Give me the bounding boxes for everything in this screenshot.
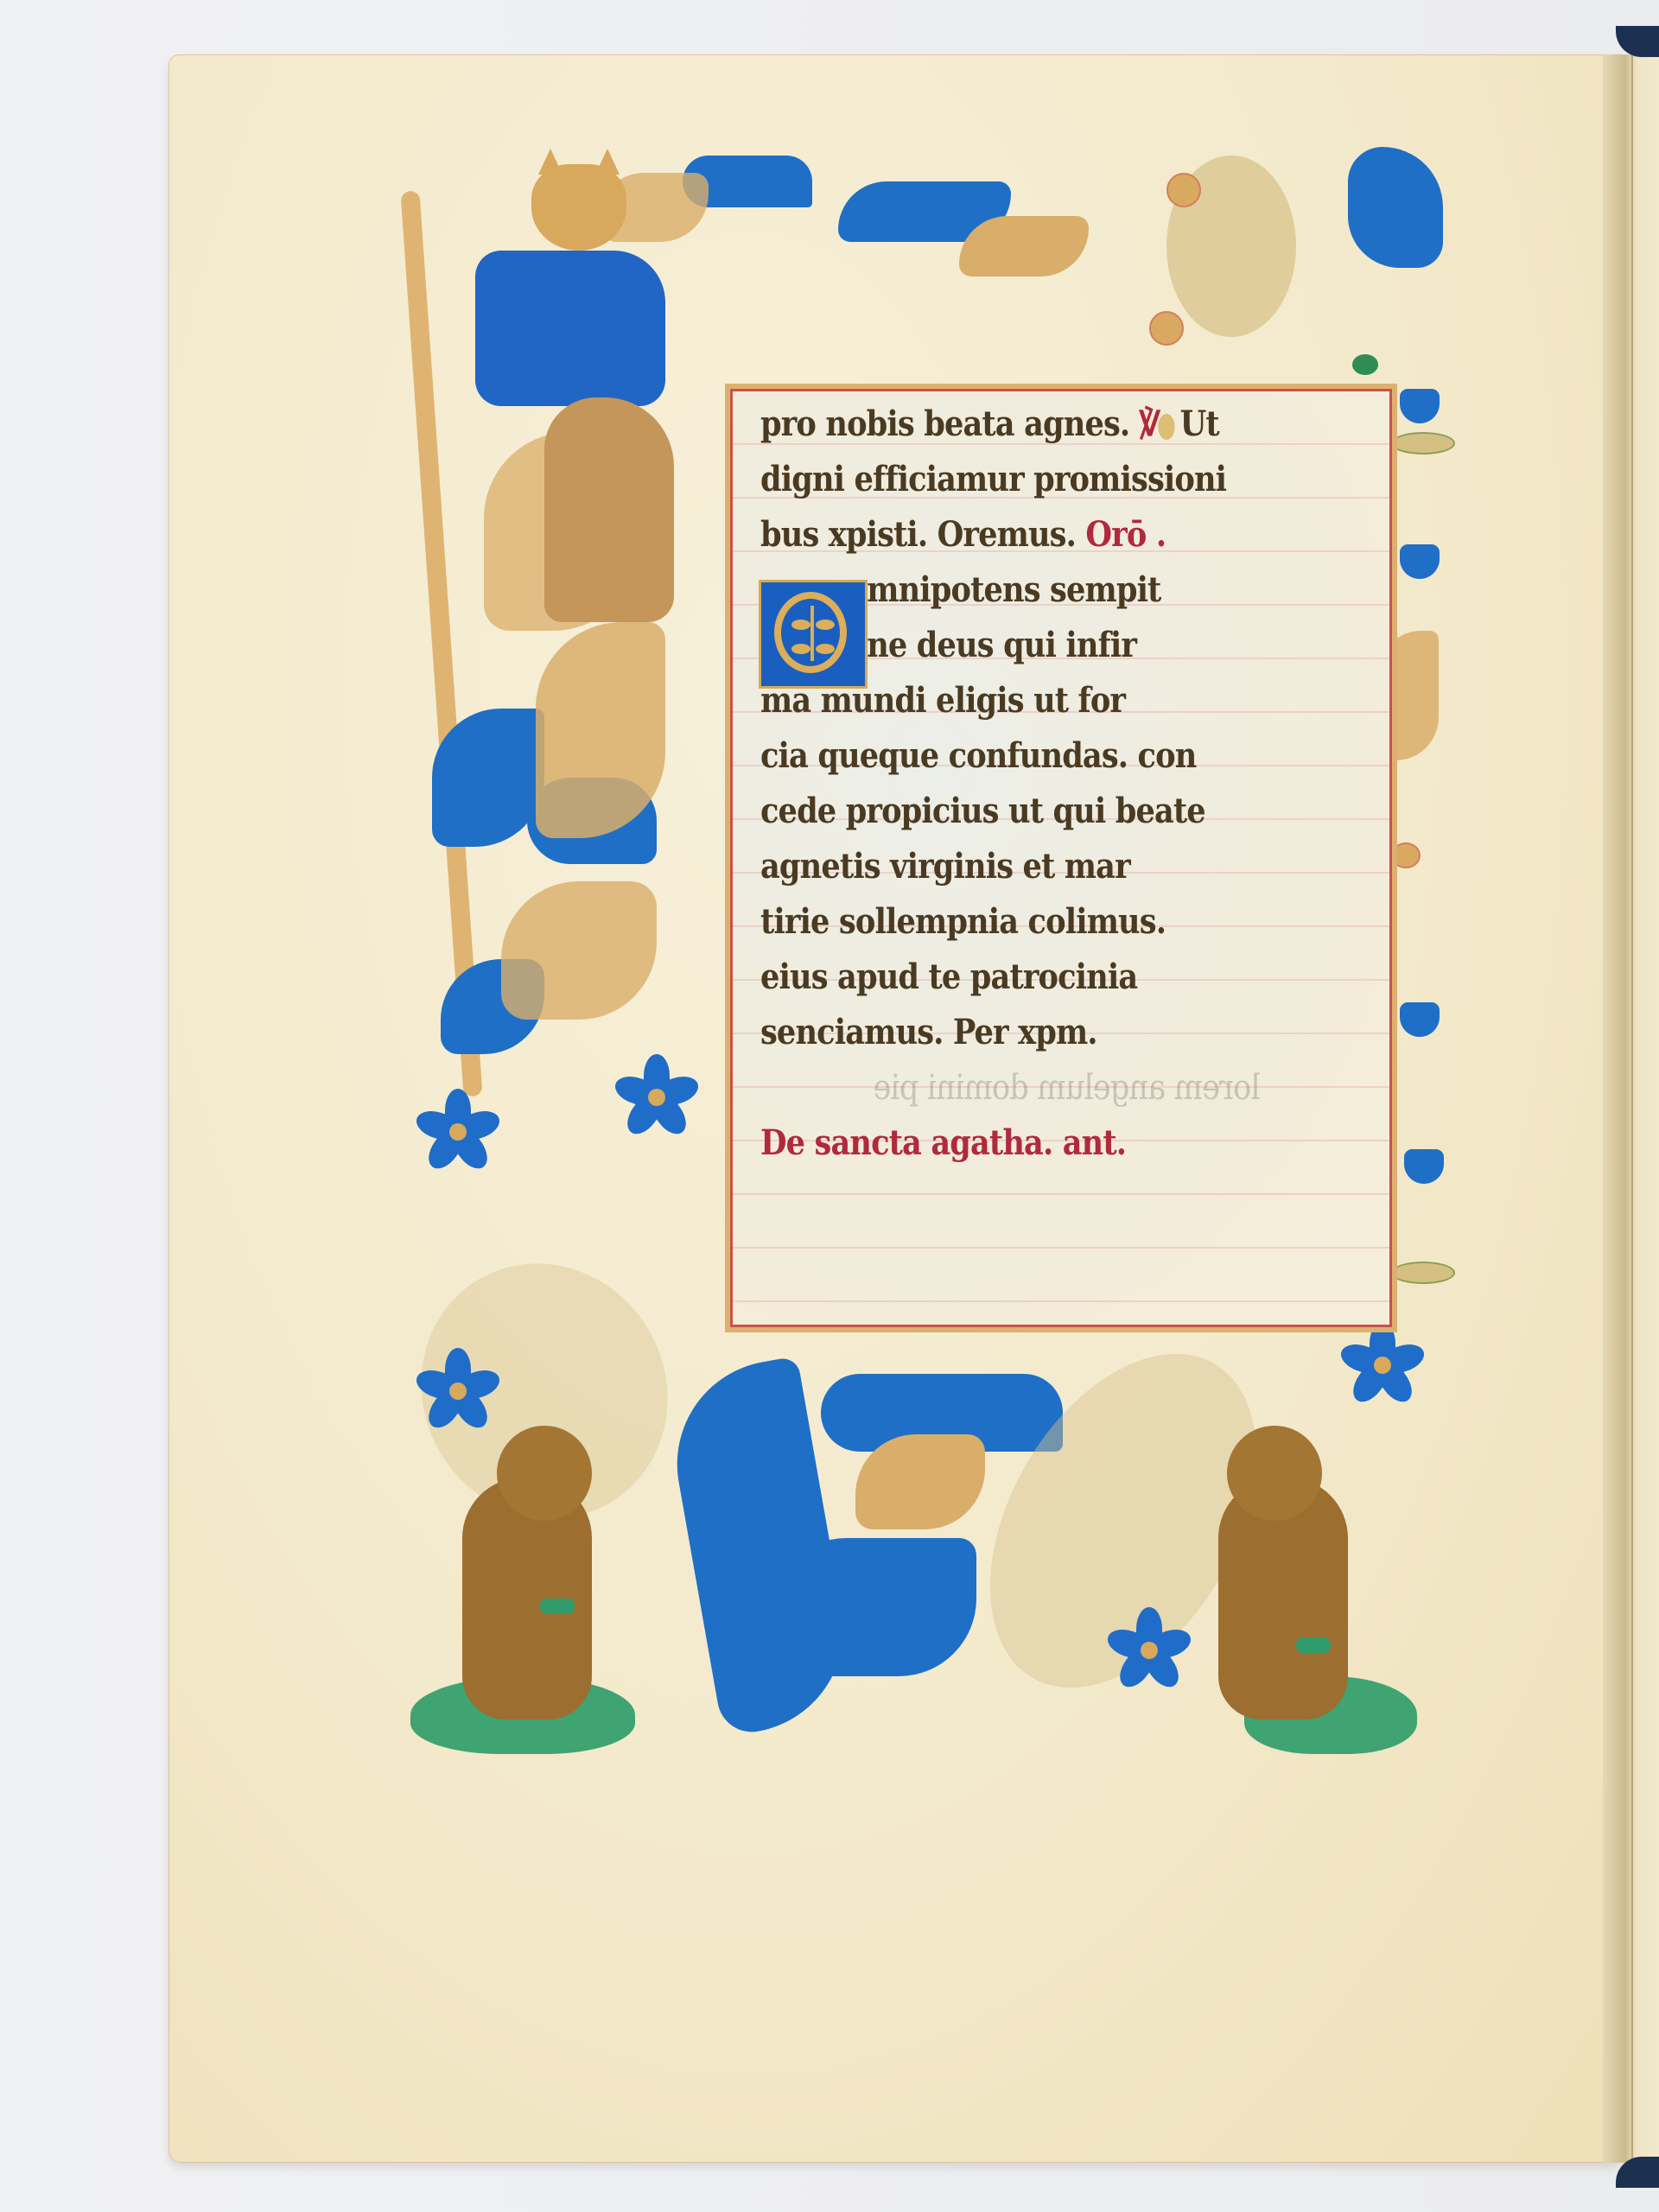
oratio-rubric: Orō . — [1085, 514, 1166, 555]
text-line-12: senciamus. Per xpm. — [760, 1005, 1300, 1060]
text-line-10: tirie sollempnia colimus. — [760, 894, 1300, 950]
gold-acanthus — [536, 622, 665, 838]
cornflower — [1339, 1322, 1426, 1408]
gold-acanthus — [959, 216, 1089, 276]
line-text: pro nobis beata agnes. — [760, 404, 1129, 444]
rubric-heading: De sancta agatha. ant. — [760, 1116, 1300, 1171]
gutter-fold — [1631, 54, 1633, 2163]
bluebell — [1400, 1002, 1440, 1037]
text-lines: pro nobis beata agnes. ℣ Ut digni effici… — [760, 397, 1374, 1171]
text-line-2: digni efficiamur promissioni — [760, 452, 1300, 507]
text-line-9: agnetis virginis et mar — [760, 839, 1300, 894]
cornflower — [415, 1348, 501, 1434]
blue-acanthus — [769, 1538, 976, 1676]
text-line-3: bus xpisti. Oremus. Orō . — [760, 507, 1300, 563]
gold-berry — [1166, 173, 1201, 207]
text-line-1: pro nobis beata agnes. ℣ Ut — [760, 397, 1300, 452]
cat-legs — [544, 397, 674, 622]
green-berry — [1352, 354, 1378, 375]
line-text: bus xpisti. Oremus. — [760, 514, 1076, 555]
gold-acanthus — [501, 881, 657, 1020]
cat-head — [531, 164, 626, 251]
text-line-7: cia queque confundas. con — [760, 728, 1300, 784]
show-through-text: lorem angelum domini pie — [798, 1060, 1338, 1116]
leaf — [1391, 1262, 1455, 1284]
text-line-4: mnipotens sempit — [760, 563, 1300, 618]
gilt-dot — [1158, 414, 1174, 440]
bluebell — [1400, 544, 1440, 579]
versicle-rubric: ℣ — [1140, 404, 1160, 444]
text-line-11: eius apud te patrocinia — [760, 950, 1300, 1005]
gold-berry — [1149, 311, 1184, 346]
monkey-right — [1175, 1426, 1400, 1754]
text-line-5: ne deus qui infir — [760, 618, 1300, 673]
cat-blue-tunic — [475, 251, 665, 406]
blue-acanthus — [1348, 147, 1443, 268]
cornflower — [415, 1089, 501, 1175]
line-tail: Ut — [1170, 404, 1219, 444]
cat-figure — [449, 147, 700, 639]
text-line-6: ma mundi eligis ut for — [760, 673, 1300, 728]
text-line-8: cede propicius ut qui beate — [760, 784, 1300, 839]
cornflower — [613, 1054, 700, 1141]
gold-berry — [1391, 842, 1421, 868]
bluebell — [1404, 1149, 1444, 1184]
leaf — [1391, 432, 1455, 454]
bluebell — [1400, 389, 1440, 423]
monkey-left — [410, 1426, 635, 1754]
text-block: pro nobis beata agnes. ℣ Ut digni effici… — [730, 389, 1392, 1327]
